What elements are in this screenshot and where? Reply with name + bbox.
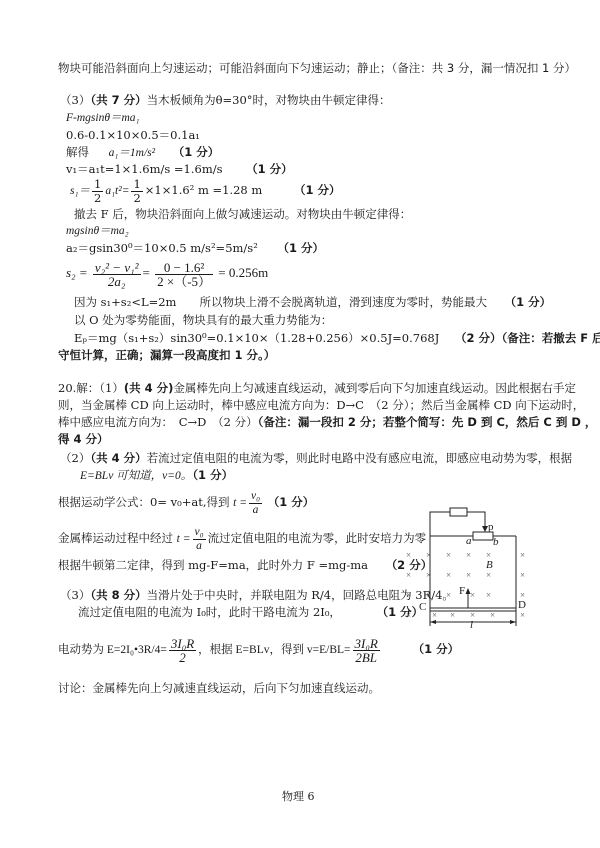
fraction-v0-over-a: v₀a: [249, 490, 262, 517]
dimension-arrow-left-icon: [430, 620, 436, 624]
zero-reference-line: 以 O 处为零势能面，物块具有的最大重力势能为：: [74, 312, 332, 328]
score: （1 分）: [246, 162, 293, 176]
fraction-velocity: v₂² − v₁²2a₂: [93, 261, 141, 288]
emf-line: 电动势为 E=2I₀•3R/4=3I₀R2，根据 E=BLv，得到 v=E/BL…: [58, 632, 459, 667]
text: 物块可能沿斜面向上匀速运动；可能沿斜面向下匀速运动；静止；: [58, 61, 392, 75]
label-a: a: [466, 535, 472, 547]
equation: Eₚ＝mg（s₁+s₂）sin30⁰=0.1×10×（1.28+0.256）×0…: [74, 331, 439, 345]
numerator: v₀: [249, 490, 262, 504]
svg-text:×: ×: [426, 550, 431, 560]
points: （共 8 分）: [90, 588, 146, 602]
score: （2 分）: [455, 331, 502, 345]
score: （1 分）: [192, 468, 233, 482]
value: v₁＝a₁t=1×1.6m/s =1.6m/s: [66, 162, 223, 176]
mid: a₁t²=: [105, 185, 129, 197]
part-number: （2）: [60, 451, 90, 465]
label-D: D: [518, 599, 526, 611]
answer-line-motion-states: 物块可能沿斜面向上匀速运动；可能沿斜面向下匀速运动；静止；（备注：共 3 分，漏…: [58, 60, 576, 76]
denominator: a: [249, 504, 262, 517]
part-number: （3）: [60, 588, 90, 602]
fraction-half: 12: [92, 178, 103, 205]
svg-text:×: ×: [470, 590, 475, 600]
equation-7: a₂＝gsin30⁰＝10×0.5 m/s²=5m/s² （1 分）: [66, 240, 324, 256]
svg-text:×: ×: [466, 570, 471, 580]
svg-text:×: ×: [406, 610, 411, 620]
numerator: 3I₀R: [353, 637, 380, 651]
numerator: 0 − 1.6²: [155, 261, 213, 275]
score: （1 分）: [268, 495, 315, 509]
fraction-velocity: 3I₀R2BL: [353, 637, 380, 664]
equation-5: s₁＝12a₁t²=12×1×1.6² m =1.28 m （1 分）: [70, 175, 340, 206]
result: = 0.256m: [218, 265, 268, 280]
equation-2: 0.6-0.1×10×0.5＝0.1a₁: [66, 127, 200, 143]
q20-part3-line: （3）（共 8 分）当滑片处于中央时，并联电阻为 R/4，回路总电阻为 3R/4…: [60, 587, 454, 603]
text: 因为 s₁+s₂<L=2m 所以物块上滑不会脱离轨道，滑到速度为零时，势能最大: [74, 295, 487, 309]
label-field-B: B: [486, 559, 493, 571]
svg-text:×: ×: [406, 590, 411, 600]
q20-part2-line: （2）（共 4 分）若流过定值电阻的电流为零，则此时电路中没有感应电流，即感应电…: [60, 450, 572, 466]
text: 棒中感应电流方向为： C→D （2 分）: [58, 415, 258, 429]
svg-text:×: ×: [520, 570, 525, 580]
discussion-line: 讨论：金属棒先向上匀减速直线运动，后向下匀加速直线运动。: [58, 680, 380, 696]
q20-part2-line-2: E=BLv 可知道，v=0。（1 分）: [80, 467, 233, 484]
svg-text:×: ×: [450, 610, 455, 620]
svg-text:×: ×: [520, 550, 525, 560]
numerator: 1: [131, 178, 142, 192]
q20-line-1: 20.解：（1）(共 4 分)金属棒先向上匀减速直线运动，减到零后向下匀加速直线…: [58, 380, 576, 396]
svg-text:×: ×: [446, 550, 451, 560]
points: （共 4 分）: [90, 451, 146, 465]
svg-text:×: ×: [446, 570, 451, 580]
denominator: 2: [92, 192, 103, 205]
numerator: 3I₀R: [169, 637, 196, 651]
equation-8: s₂ = v₂² − v₁²2a₂= 0 − 1.6²2 ×（-5） = 0.2…: [66, 256, 268, 290]
newton-line: 根据牛顿第二定律，得到 mg-F=ma，此时外力 F =mg-ma （2 分）: [58, 557, 432, 573]
lhs: s₂ =: [66, 265, 88, 280]
denominator: a: [193, 540, 206, 553]
t-equals: t =: [233, 497, 247, 509]
text: 根据牛顿第二定律，得到 mg-F=ma，此时外力 F =mg-ma: [58, 558, 368, 572]
value: a₁＝1m/s²: [109, 147, 155, 159]
potential-energy-note: 守恒计算，正确；漏算一段高度扣 1 分。）: [58, 347, 275, 363]
text: 流过定值电阻的电流为 I₀时，此时干路电流为 2I₀，: [78, 605, 341, 619]
svg-text:×: ×: [426, 590, 431, 600]
denominator: 2a₂: [93, 275, 141, 288]
part-number: （3）: [60, 93, 90, 107]
note: （备注：若撤去 F 后用机械能: [502, 331, 600, 345]
numerator: v₂² − v₁²: [93, 261, 141, 275]
fraction-half: 12: [131, 178, 142, 205]
t-equals: t =: [177, 533, 191, 545]
svg-text:×: ×: [466, 550, 471, 560]
label-force-F: F: [459, 585, 465, 597]
label: 解得: [66, 145, 89, 159]
denominator: 2: [131, 192, 142, 205]
text: 根据运动学公式：0= v₀+at,得到: [58, 495, 229, 509]
numerator: v₀: [193, 526, 206, 540]
score: （1 分）: [505, 295, 552, 309]
pass-time-line: 金属棒运动过程中经过 t =v₀a流过定值电阻的电流为零，此时安培力为零: [58, 522, 426, 555]
score: （1 分）: [294, 183, 341, 197]
fraction-emf: 3I₀R2: [169, 637, 196, 664]
q20-note-end: 得 4 分）: [58, 431, 109, 447]
potential-energy-line: Eₚ＝mg（s₁+s₂）sin30⁰=0.1×10×（1.28+0.256）×0…: [74, 330, 600, 346]
svg-text:×: ×: [520, 610, 525, 620]
label-length-l: l: [470, 619, 473, 628]
points: (共 4 分): [124, 381, 174, 395]
denominator: 2: [169, 651, 196, 664]
svg-text:×: ×: [486, 590, 491, 600]
score: （1 分）: [413, 642, 460, 656]
fraction-v0-over-a: v₀a: [193, 526, 206, 553]
text: E=BLv 可知道，v=0。: [80, 470, 192, 482]
text: 若流过定值电阻的电流为零，则此时电路中没有感应电流，即感应电动势为零，根据: [147, 451, 573, 465]
svg-text:×: ×: [446, 590, 451, 600]
remove-force-text: 撤去 F 后，物块沿斜面向上做匀减速运动。对物块由牛顿定律得：: [74, 206, 411, 222]
text: 当木板倾角为θ=30°时，对物块由牛顿定律得：: [147, 93, 391, 107]
label-p: p: [488, 521, 494, 533]
denominator: 2BL: [353, 651, 380, 664]
q20-line-3: 棒中感应电流方向为： C→D （2 分）（备注：漏一段扣 2 分；若整个简写：先…: [58, 414, 596, 430]
text: 金属棒运动过程中经过: [58, 531, 173, 545]
svg-text:×: ×: [406, 550, 411, 560]
part3-header: （3）（共 7 分）当木板倾角为θ=30°时，对物块由牛顿定律得：: [60, 92, 391, 108]
svg-text:×: ×: [490, 610, 495, 620]
label-C: C: [419, 601, 426, 613]
score: （1 分）: [277, 241, 324, 255]
circuit-diagram: ×××××× ×××××× ×××××× ×××××× p a b B F C …: [398, 500, 543, 628]
because-line: 因为 s₁+s₂<L=2m 所以物块上滑不会脱离轨道，滑到速度为零时，势能最大 …: [74, 294, 551, 310]
q20-part3-line-2: 流过定值电阻的电流为 I₀时，此时干路电流为 2I₀， （1 分）: [78, 604, 423, 620]
denominator: 2 ×（-5）: [155, 275, 213, 288]
svg-text:×: ×: [406, 570, 411, 580]
equation-1: F-mgsinθ＝ma₁: [66, 110, 140, 126]
kinematics-line: 根据运动学公式：0= v₀+at,得到 t =v₀a （1 分）: [58, 486, 314, 519]
fraction-values: 0 − 1.6²2 ×（-5）: [155, 261, 213, 288]
value: a₂＝gsin30⁰＝10×0.5 m/s²=5m/s²: [66, 241, 258, 255]
question-number: 20.解：（1）: [58, 381, 124, 395]
svg-text:×: ×: [432, 610, 437, 620]
text: 流过定值电阻的电流为零，此时安培力为零: [208, 531, 427, 545]
numerator: 1: [92, 178, 103, 192]
text: 电动势为 E=2I₀•3R/4=: [58, 644, 167, 656]
svg-text:×: ×: [426, 570, 431, 580]
note: （备注：漏一段扣 2 分；若整个简写：先 D 到 C，然后 C 到 D ，: [258, 415, 597, 429]
equation-6: mgsinθ＝ma₂: [66, 223, 129, 239]
equation-3: 解得 a₁＝1m/s² （1 分）: [66, 144, 219, 161]
score-note: （备注：共 3 分，漏一情况扣 1 分）: [392, 61, 577, 75]
svg-text:×: ×: [486, 570, 491, 580]
dimension-arrow-right-icon: [510, 620, 516, 624]
text: 金属棒先向上匀减速直线运动，减到零后向下匀加速直线运动。因此根据右手定: [173, 381, 576, 395]
q20-line-2: 则，当金属棒 CD 向上运动时，棒中感应电流方向为：D→C （2 分）；然后当金…: [58, 397, 584, 413]
rhs: ×1×1.6² m =1.28 m: [145, 183, 263, 197]
page-label: 物理 6: [282, 788, 315, 804]
points: （共 7 分）: [90, 93, 146, 107]
score: （1 分）: [173, 145, 220, 159]
text: ，根据 E=BLv，得到 v=E/BL=: [198, 644, 350, 656]
lhs: s₁＝: [70, 185, 90, 197]
label-b: b: [493, 536, 499, 548]
